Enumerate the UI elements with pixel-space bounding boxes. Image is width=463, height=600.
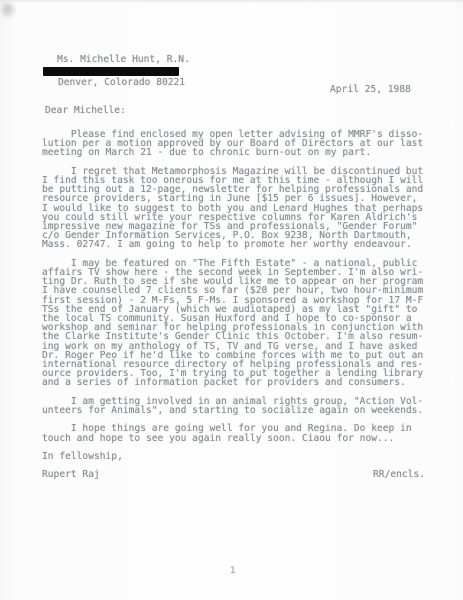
- scan-smudge: [1, 2, 17, 20]
- recipient-city: Denver, Colorado 80221: [58, 78, 185, 88]
- paragraph-1: Please find enclosed my open letter advi…: [42, 130, 425, 158]
- page-number: 1: [230, 566, 235, 576]
- paragraph-2: I regret that Metamorphosis Magazine wil…: [42, 167, 425, 250]
- paragraph-5: I hope things are going well for you and…: [42, 424, 425, 442]
- reference-initials: RR/encls.: [373, 470, 425, 479]
- closing-line: In fellowship,: [42, 452, 425, 461]
- redaction-bar: [43, 67, 179, 76]
- salutation: Dear Michelle:: [45, 106, 126, 116]
- paragraph-4: I am getting involved in an animal right…: [42, 397, 425, 415]
- recipient-name: Ms. Michelle Hunt, R.N.: [57, 55, 190, 65]
- letter-page: Ms. Michelle Hunt, R.N. Denver, Colorado…: [0, 0, 463, 600]
- signature-name: Rupert Raj: [42, 470, 100, 479]
- letter-body: Please find enclosed my open letter advi…: [42, 130, 425, 480]
- paragraph-3: I may be featured on "The Fifth Estate" …: [42, 259, 425, 388]
- signature-row: Rupert Raj RR/encls.: [42, 470, 425, 479]
- date-line: April 25, 1988: [330, 85, 411, 95]
- scan-edge-shading: [0, 0, 463, 3]
